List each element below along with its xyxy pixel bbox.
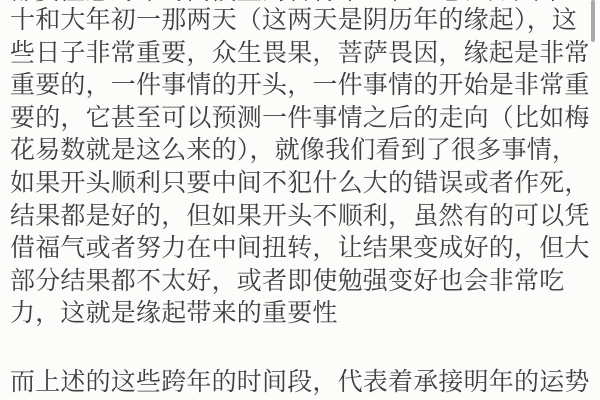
text-line: 些日子非常重要，众生畏果，菩萨畏因，缘起是非常 bbox=[10, 37, 590, 70]
text-line: 重要的，一件事情的开头，一件事情的开始是非常重 bbox=[10, 69, 590, 102]
text-line: 花易数就是这么来的），就像我们看到了很多事情， bbox=[10, 134, 590, 167]
vertical-scrollbar-thumb[interactable] bbox=[591, 0, 595, 42]
text-line: 部分结果都不太好，或者即使勉强变好也会非常吃 bbox=[10, 265, 590, 298]
text-line: 十和大年初一那两天（这两天是阴历年的缘起），这 bbox=[10, 4, 590, 37]
paragraph-1: 十和大年初一那两天（这两天是阴历年的缘起），这 些日子非常重要，众生畏果，菩萨畏… bbox=[10, 4, 590, 330]
text-line: 借福气或者努力在中间扭转，让结果变成好的，但大 bbox=[10, 232, 590, 265]
article-body: 十和大年初一那两天（这两天是阴历年的缘起），这 些日子非常重要，众生畏果，菩萨畏… bbox=[10, 4, 590, 399]
text-line: 而上述的这些跨年的时间段，代表着承接明年的运势 bbox=[10, 366, 590, 399]
article-reader-view: 都要注意跨年时间段里的言行举止和心态比如大年三 十和大年初一那两天（这两天是阴历… bbox=[0, 0, 600, 400]
text-line: 力，这就是缘起带来的重要性 bbox=[10, 297, 590, 330]
paragraph-2: 而上述的这些跨年的时间段，代表着承接明年的运势 bbox=[10, 366, 590, 399]
paragraph-break bbox=[10, 330, 590, 366]
text-line: 要的，它甚至可以预测一件事情之后的走向（比如梅 bbox=[10, 102, 590, 135]
text-line: 结果都是好的，但如果开头不顺利，虽然有的可以凭 bbox=[10, 200, 590, 233]
text-line: 如果开头顺利只要中间不犯什么大的错误或者作死， bbox=[10, 167, 590, 200]
